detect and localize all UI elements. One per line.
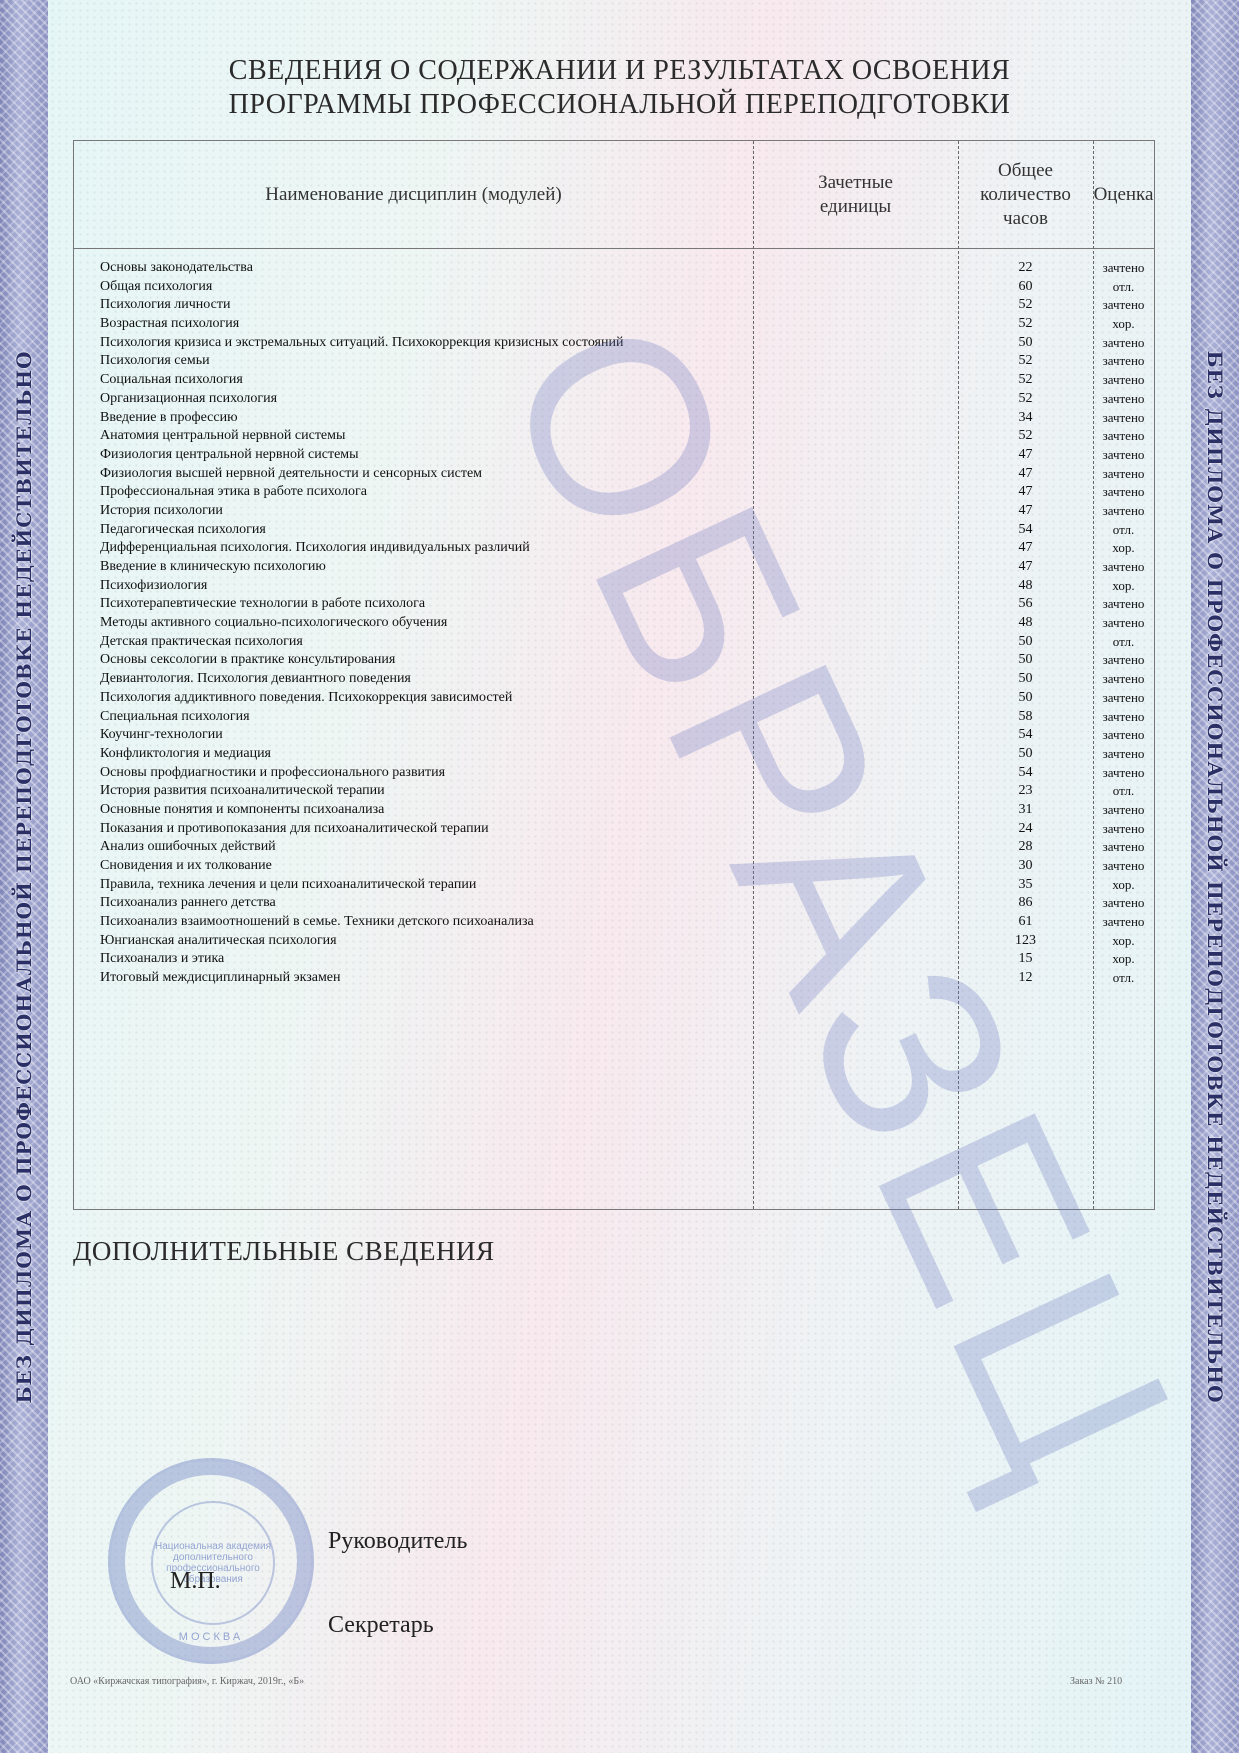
grade-value: зачтено — [1093, 259, 1154, 278]
head-signature-label: Руководитель — [328, 1528, 467, 1555]
hours-value: 86 — [958, 894, 1093, 913]
table-row: Детская практическая психология50отл. — [74, 633, 1154, 652]
stamp-city: МОСКВА — [111, 1631, 311, 1643]
stamp-place-label: М.П. — [170, 1568, 221, 1595]
table-row: Психология кризиса и экстремальных ситуа… — [74, 334, 1154, 353]
table-row: История развития психоаналитической тера… — [74, 782, 1154, 801]
discipline-name: Методы активного социально-психологическ… — [100, 614, 447, 633]
header-text: Общее — [980, 159, 1071, 183]
hours-value: 50 — [958, 745, 1093, 764]
discipline-name: Психология аддиктивного поведения. Психо… — [100, 689, 512, 708]
grade-value: зачтено — [1093, 670, 1154, 689]
table-row: Введение в клиническую психологию47зачте… — [74, 558, 1154, 577]
grade-value: зачтено — [1093, 689, 1154, 708]
hours-value: 52 — [958, 371, 1093, 390]
grade-value: зачтено — [1093, 726, 1154, 745]
table-row: История психологии47зачтено — [74, 502, 1154, 521]
discipline-name: Психология семьи — [100, 352, 210, 371]
header-text: Наименование дисциплин (модулей) — [265, 183, 562, 207]
grade-value: хор. — [1093, 932, 1154, 951]
hours-value: 61 — [958, 913, 1093, 932]
discipline-name: Основные понятия и компоненты психоанали… — [100, 801, 384, 820]
discipline-name: Дифференциальная психология. Психология … — [100, 539, 530, 558]
hours-value: 50 — [958, 689, 1093, 708]
grade-value: хор. — [1093, 876, 1154, 895]
grade-value: зачтено — [1093, 801, 1154, 820]
table-row: Коучинг-технологии54зачтено — [74, 726, 1154, 745]
table-row: Социальная психология52зачтено — [74, 371, 1154, 390]
discipline-name: Введение в профессию — [100, 409, 238, 428]
grade-value: зачтено — [1093, 427, 1154, 446]
discipline-name: Организационная психология — [100, 390, 277, 409]
grade-value: зачтено — [1093, 838, 1154, 857]
header-text: количество — [980, 183, 1071, 207]
discipline-name: Анализ ошибочных действий — [100, 838, 276, 857]
hours-value: 24 — [958, 820, 1093, 839]
grade-value: зачтено — [1093, 465, 1154, 484]
grade-value: хор. — [1093, 539, 1154, 558]
disciplines-table: Наименование дисциплин (модулей) Зачетны… — [73, 140, 1155, 1210]
discipline-name: Специальная психология — [100, 708, 250, 727]
table-row: Специальная психология58зачтено — [74, 708, 1154, 727]
discipline-name: Педагогическая психология — [100, 521, 266, 540]
hours-value: 56 — [958, 595, 1093, 614]
discipline-name: Психотерапевтические технологии в работе… — [100, 595, 425, 614]
hours-value: 52 — [958, 390, 1093, 409]
table-row: Психоанализ взаимоотношений в семье. Тех… — [74, 913, 1154, 932]
discipline-name: Анатомия центральной нервной системы — [100, 427, 345, 446]
discipline-name: Правила, техника лечения и цели психоана… — [100, 876, 476, 895]
table-row: Итоговый междисциплинарный экзамен12отл. — [74, 969, 1154, 988]
discipline-name: История развития психоаналитической тера… — [100, 782, 385, 801]
grade-value: зачтено — [1093, 745, 1154, 764]
hours-value: 123 — [958, 932, 1093, 951]
hours-value: 47 — [958, 465, 1093, 484]
table-row: Дифференциальная психология. Психология … — [74, 539, 1154, 558]
discipline-name: Девиантология. Психология девиантного по… — [100, 670, 411, 689]
table-row: Физиология центральной нервной системы47… — [74, 446, 1154, 465]
right-security-banner: БЕЗ ДИПЛОМА О ПРОФЕССИОНАЛЬНОЙ ПЕРЕПОДГО… — [1191, 0, 1239, 1753]
header-text: Зачетные — [818, 171, 893, 195]
grade-value: зачтено — [1093, 446, 1154, 465]
discipline-name: История психологии — [100, 502, 223, 521]
grade-value: зачтено — [1093, 390, 1154, 409]
grade-value: зачтено — [1093, 708, 1154, 727]
discipline-name: Психоанализ раннего детства — [100, 894, 276, 913]
table-row: Основные понятия и компоненты психоанали… — [74, 801, 1154, 820]
discipline-name: Физиология высшей нервной деятельности и… — [100, 465, 482, 484]
hours-value: 12 — [958, 969, 1093, 988]
table-row: Организационная психология52зачтено — [74, 390, 1154, 409]
left-security-banner: БЕЗ ДИПЛОМА О ПРОФЕССИОНАЛЬНОЙ ПЕРЕПОДГО… — [0, 0, 48, 1753]
grade-value: зачтено — [1093, 371, 1154, 390]
grade-value: зачтено — [1093, 651, 1154, 670]
hours-value: 30 — [958, 857, 1093, 876]
table-row: Показания и противопоказания для психоан… — [74, 820, 1154, 839]
hours-value: 52 — [958, 315, 1093, 334]
grade-value: отл. — [1093, 782, 1154, 801]
hours-value: 34 — [958, 409, 1093, 428]
discipline-name: Профессиональная этика в работе психолог… — [100, 483, 367, 502]
hours-value: 31 — [958, 801, 1093, 820]
table-row: Психология аддиктивного поведения. Психо… — [74, 689, 1154, 708]
header-text: единицы — [818, 195, 893, 219]
grade-value: отл. — [1093, 278, 1154, 297]
hours-value: 58 — [958, 708, 1093, 727]
discipline-name: Показания и противопоказания для психоан… — [100, 820, 489, 839]
hours-value: 52 — [958, 352, 1093, 371]
table-row: Физиология высшей нервной деятельности и… — [74, 465, 1154, 484]
header-grade: Оценка — [1093, 141, 1154, 248]
grade-value: зачтено — [1093, 502, 1154, 521]
discipline-name: Конфликтология и медиация — [100, 745, 271, 764]
discipline-name: Физиология центральной нервной системы — [100, 446, 359, 465]
additional-info-title: ДОПОЛНИТЕЛЬНЫЕ СВЕДЕНИЯ — [73, 1236, 495, 1267]
discipline-name: Психофизиология — [100, 577, 207, 596]
hours-value: 50 — [958, 334, 1093, 353]
hours-value: 50 — [958, 651, 1093, 670]
discipline-name: Психоанализ и этика — [100, 950, 224, 969]
table-body: Основы законодательства22зачтеноОбщая пс… — [74, 259, 1154, 988]
table-row: Профессиональная этика в работе психолог… — [74, 483, 1154, 502]
table-row: Основы законодательства22зачтено — [74, 259, 1154, 278]
hours-value: 60 — [958, 278, 1093, 297]
header-total-hours: Общееколичествочасов — [958, 141, 1093, 248]
hours-value: 15 — [958, 950, 1093, 969]
table-row: Введение в профессию34зачтено — [74, 409, 1154, 428]
table-row: Психология семьи52зачтено — [74, 352, 1154, 371]
table-row: Юнгианская аналитическая психология123хо… — [74, 932, 1154, 951]
left-banner-text: БЕЗ ДИПЛОМА О ПРОФЕССИОНАЛЬНОЙ ПЕРЕПОДГО… — [12, 350, 36, 1403]
hours-value: 50 — [958, 633, 1093, 652]
discipline-name: Психология кризиса и экстремальных ситуа… — [100, 334, 623, 353]
grade-value: зачтено — [1093, 894, 1154, 913]
discipline-name: Юнгианская аналитическая психология — [100, 932, 337, 951]
discipline-name: Итоговый междисциплинарный экзамен — [100, 969, 341, 988]
hours-value: 54 — [958, 521, 1093, 540]
header-credits: Зачетныеединицы — [753, 141, 958, 248]
hours-value: 50 — [958, 670, 1093, 689]
title-line-1: СВЕДЕНИЯ О СОДЕРЖАНИИ И РЕЗУЛЬТАТАХ ОСВО… — [0, 54, 1239, 88]
order-number: Заказ № 210 — [1070, 1676, 1122, 1687]
hours-value: 22 — [958, 259, 1093, 278]
table-row: Методы активного социально-психологическ… — [74, 614, 1154, 633]
discipline-name: Детская практическая психология — [100, 633, 303, 652]
discipline-name: Сновидения и их толкование — [100, 857, 272, 876]
header-text: часов — [980, 207, 1071, 231]
hours-value: 54 — [958, 726, 1093, 745]
grade-value: зачтено — [1093, 913, 1154, 932]
grade-value: зачтено — [1093, 820, 1154, 839]
discipline-name: Возрастная психология — [100, 315, 239, 334]
grade-value: зачтено — [1093, 595, 1154, 614]
table-row: Анатомия центральной нервной системы52за… — [74, 427, 1154, 446]
table-row: Педагогическая психология54отл. — [74, 521, 1154, 540]
printer-imprint: ОАО «Киржачская типография», г. Киржач, … — [70, 1676, 304, 1687]
discipline-name: Психология личности — [100, 296, 230, 315]
grade-value: отл. — [1093, 521, 1154, 540]
hours-value: 48 — [958, 614, 1093, 633]
grade-value: отл. — [1093, 633, 1154, 652]
table-row: Основы сексологии в практике консультиро… — [74, 651, 1154, 670]
discipline-name: Социальная психология — [100, 371, 243, 390]
hours-value: 47 — [958, 539, 1093, 558]
table-row: Психотерапевтические технологии в работе… — [74, 595, 1154, 614]
grade-value: зачтено — [1093, 409, 1154, 428]
hours-value: 35 — [958, 876, 1093, 895]
grade-value: зачтено — [1093, 334, 1154, 353]
grade-value: зачтено — [1093, 614, 1154, 633]
grade-value: зачтено — [1093, 764, 1154, 783]
discipline-name: Общая психология — [100, 278, 212, 297]
grade-value: хор. — [1093, 315, 1154, 334]
grade-value: зачтено — [1093, 483, 1154, 502]
discipline-name: Введение в клиническую психологию — [100, 558, 326, 577]
table-row: Сновидения и их толкование30зачтено — [74, 857, 1154, 876]
header-divider — [74, 248, 1154, 249]
table-row: Психоанализ раннего детства86зачтено — [74, 894, 1154, 913]
official-stamp: Национальная академия дополнительного пр… — [108, 1458, 314, 1664]
table-row: Общая психология60отл. — [74, 278, 1154, 297]
table-row: Правила, техника лечения и цели психоана… — [74, 876, 1154, 895]
discipline-name: Коучинг-технологии — [100, 726, 223, 745]
discipline-name: Основы профдиагностики и профессионально… — [100, 764, 445, 783]
stamp-text: Национальная академия дополнительного пр… — [151, 1501, 275, 1625]
page-title: СВЕДЕНИЯ О СОДЕРЖАНИИ И РЕЗУЛЬТАТАХ ОСВО… — [0, 54, 1239, 122]
table-row: Психология личности52зачтено — [74, 296, 1154, 315]
table-row: Анализ ошибочных действий28зачтено — [74, 838, 1154, 857]
table-row: Девиантология. Психология девиантного по… — [74, 670, 1154, 689]
hours-value: 47 — [958, 558, 1093, 577]
hours-value: 28 — [958, 838, 1093, 857]
grade-value: зачтено — [1093, 857, 1154, 876]
grade-value: зачтено — [1093, 352, 1154, 371]
title-line-2: ПРОГРАММЫ ПРОФЕССИОНАЛЬНОЙ ПЕРЕПОДГОТОВК… — [0, 88, 1239, 122]
hours-value: 54 — [958, 764, 1093, 783]
right-banner-text: БЕЗ ДИПЛОМА О ПРОФЕССИОНАЛЬНОЙ ПЕРЕПОДГО… — [1203, 350, 1227, 1403]
hours-value: 48 — [958, 577, 1093, 596]
hours-value: 52 — [958, 296, 1093, 315]
hours-value: 47 — [958, 502, 1093, 521]
grade-value: хор. — [1093, 577, 1154, 596]
hours-value: 47 — [958, 483, 1093, 502]
hours-value: 52 — [958, 427, 1093, 446]
discipline-name: Психоанализ взаимоотношений в семье. Тех… — [100, 913, 534, 932]
table-row: Конфликтология и медиация50зачтено — [74, 745, 1154, 764]
table-row: Психофизиология48хор. — [74, 577, 1154, 596]
header-text: Оценка — [1094, 183, 1154, 207]
table-row: Психоанализ и этика15хор. — [74, 950, 1154, 969]
discipline-name: Основы сексологии в практике консультиро… — [100, 651, 395, 670]
grade-value: зачтено — [1093, 296, 1154, 315]
grade-value: зачтено — [1093, 558, 1154, 577]
hours-value: 23 — [958, 782, 1093, 801]
grade-value: отл. — [1093, 969, 1154, 988]
table-row: Основы профдиагностики и профессионально… — [74, 764, 1154, 783]
hours-value: 47 — [958, 446, 1093, 465]
secretary-signature-label: Секретарь — [328, 1612, 434, 1639]
discipline-name: Основы законодательства — [100, 259, 253, 278]
header-discipline-name: Наименование дисциплин (модулей) — [74, 141, 753, 248]
grade-value: хор. — [1093, 950, 1154, 969]
table-row: Возрастная психология52хор. — [74, 315, 1154, 334]
